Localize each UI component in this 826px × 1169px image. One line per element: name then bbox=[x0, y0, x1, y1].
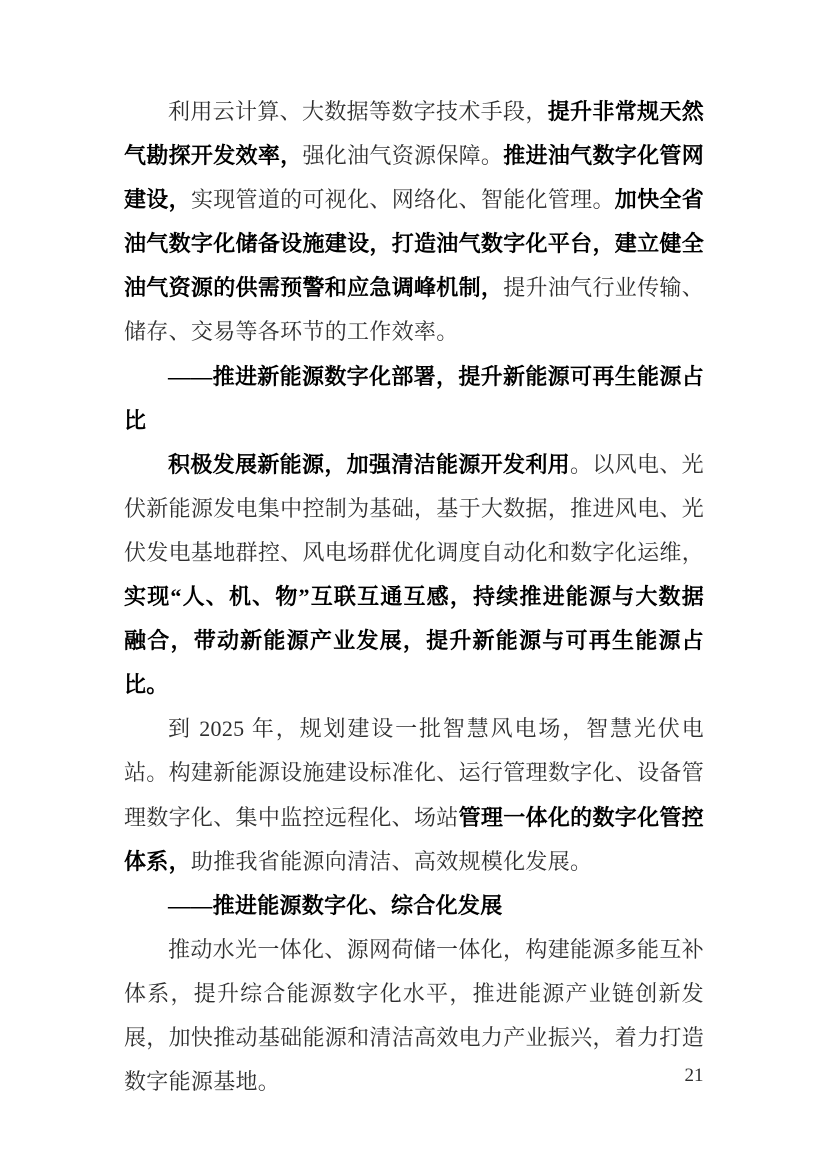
emphasis-text: ——推进新能源数字化部署，提升新能源可再生能源占比 bbox=[124, 364, 704, 433]
body-text: 推动水光一体化、源网荷储一体化，构建能源多能互补体系，提升综合能源数字化水平，推… bbox=[124, 937, 704, 1094]
emphasis-text: 实现“人、机、物”互联互通互感，持续推进能源与大数据融合，带动新能源产业发展，提… bbox=[124, 584, 704, 697]
section-heading: ——推进能源数字化、综合化发展 bbox=[124, 884, 704, 928]
emphasis-text: ——推进能源数字化、综合化发展 bbox=[168, 893, 503, 918]
body-text: 利用云计算、大数据等数字技术手段， bbox=[168, 99, 548, 124]
document-page: 利用云计算、大数据等数字技术手段，提升非常规天然气勘探开发效率，强化油气资源保障… bbox=[0, 0, 826, 1169]
body-text: 实现管道的可视化、网络化、智能化管理。 bbox=[191, 187, 615, 212]
emphasis-text: 积极发展新能源，加强清洁能源开发利用 bbox=[168, 452, 570, 477]
paragraph: 到 2025 年，规划建设一批智慧风电场，智慧光伏电站。构建新能源设施建设标准化… bbox=[124, 707, 704, 883]
page-number: 21 bbox=[672, 1064, 716, 1088]
body-text: 助推我省能源向清洁、高效规模化发展。 bbox=[191, 849, 592, 874]
paragraph: 利用云计算、大数据等数字技术手段，提升非常规天然气勘探开发效率，强化油气资源保障… bbox=[124, 90, 704, 355]
document-body: 利用云计算、大数据等数字技术手段，提升非常规天然气勘探开发效率，强化油气资源保障… bbox=[124, 90, 704, 1104]
paragraph: 积极发展新能源，加强清洁能源开发利用。以风电、光伏新能源发电集中控制为基础，基于… bbox=[124, 443, 704, 708]
body-text: 强化油气资源保障。 bbox=[302, 143, 503, 168]
section-heading: ——推进新能源数字化部署，提升新能源可再生能源占比 bbox=[124, 355, 704, 443]
paragraph: 推动水光一体化、源网荷储一体化，构建能源多能互补体系，提升综合能源数字化水平，推… bbox=[124, 928, 704, 1104]
